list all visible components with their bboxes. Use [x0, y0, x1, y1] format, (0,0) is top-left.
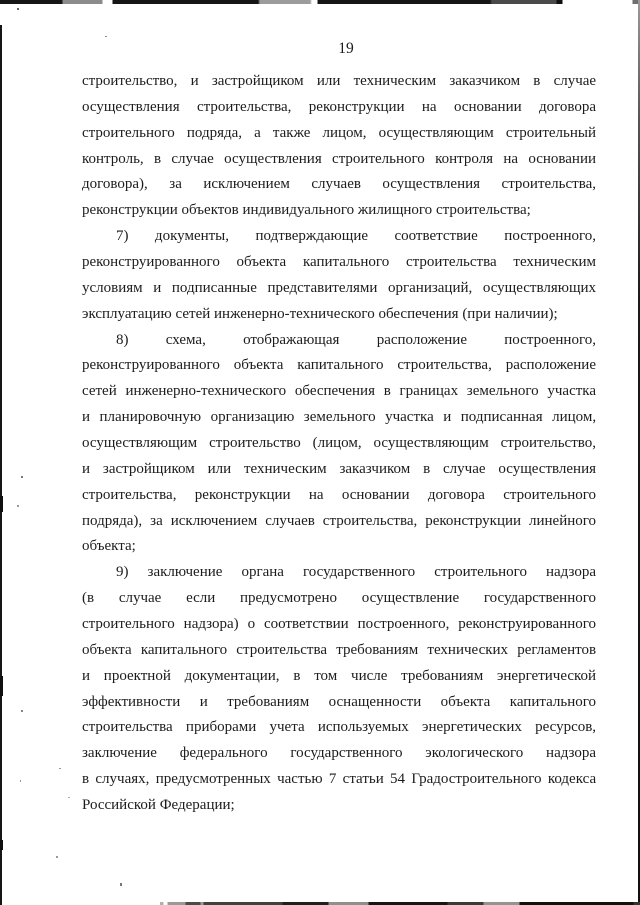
text-line: строительного надзора) о соответствии по… — [82, 612, 596, 638]
text-line: подряда), за исключением случаев строите… — [82, 509, 596, 535]
text-line: заключение федерального государственного… — [82, 741, 596, 767]
scan-speckle — [17, 505, 19, 507]
scan-speckle — [68, 797, 70, 798]
scan-edge-left — [0, 25, 2, 905]
scan-speckle — [120, 883, 122, 886]
text-line: осуществляющим строительство (лицом, осу… — [82, 431, 596, 457]
text-line: и застройщиком или техническим заказчико… — [82, 457, 596, 483]
text-line: сетей инженерно-технического обеспечения… — [82, 379, 596, 405]
scan-speckle — [59, 768, 61, 769]
text-line: условиям и подписанные представителями о… — [82, 276, 596, 302]
scan-edge-bottom — [160, 902, 640, 905]
paragraph: 9) заключение органа государственного ст… — [82, 560, 596, 819]
text-line: и проектной документации, в том числе тр… — [82, 664, 596, 690]
scan-speckle — [105, 36, 107, 37]
text-line: и планировочную организацию земельного у… — [82, 405, 596, 431]
text-line: реконструкции объектов индивидуального ж… — [82, 198, 596, 224]
text-line: осуществления строительства, реконструкц… — [82, 95, 596, 121]
scan-edge-left-blob — [0, 840, 3, 850]
text-line: 7) документы, подтверждающие соответстви… — [82, 224, 596, 250]
text-line: эксплуатацию сетей инженерно-техническог… — [82, 302, 596, 328]
text-line: реконструированного объекта капитального… — [82, 250, 596, 276]
scan-speckle — [56, 856, 58, 858]
list-number-unit: 8) схема, — [116, 332, 206, 348]
text-line: объекта; — [82, 534, 596, 560]
text-line: эффективности и требованиям оснащенности… — [82, 690, 596, 716]
text-line: Российской Федерации; — [82, 793, 596, 819]
text-line: объекта капитального строительства требо… — [82, 638, 596, 664]
page-number: 19 — [0, 40, 640, 58]
text-line: 9) заключение органа государственного ст… — [82, 560, 596, 586]
scan-edge-left-blob — [0, 496, 3, 512]
paragraph: строительство, и застройщиком или технич… — [82, 69, 596, 224]
paragraph: 8) схема, отображающая расположение пост… — [82, 328, 596, 561]
scan-edge-top — [0, 0, 640, 4]
document-text: строительство, и застройщиком или технич… — [82, 69, 596, 819]
text-line: строительного подряда, а также лицом, ос… — [82, 121, 596, 147]
text-line: строительство, и застройщиком или технич… — [82, 69, 596, 95]
paragraph: 7) документы, подтверждающие соответстви… — [82, 224, 596, 327]
scan-edge-left-blob — [0, 676, 3, 696]
document-page: 19 строительство, и застройщиком или тех… — [0, 0, 640, 905]
scan-speckle — [21, 710, 23, 712]
scan-speckle — [17, 8, 19, 10]
text-line: в случаях, предусмотренных частью 7 стат… — [82, 767, 596, 793]
text-line: договора), за исключением случаев осущес… — [82, 172, 596, 198]
list-number-unit: 9) заключение — [116, 564, 222, 580]
text-line: (в случае если предусмотрено осуществлен… — [82, 586, 596, 612]
list-number-unit: 7) документы, — [116, 228, 229, 244]
text-line: строительства приборами учета используем… — [82, 715, 596, 741]
scan-speckle — [21, 476, 23, 478]
text-line: строительства, реконструкции на основани… — [82, 483, 596, 509]
text-line: реконструированного объекта капитального… — [82, 353, 596, 379]
scan-speckle — [20, 780, 21, 782]
text-line: контроль, в случае осуществления строите… — [82, 147, 596, 173]
text-line: 8) схема, отображающая расположение пост… — [82, 328, 596, 354]
